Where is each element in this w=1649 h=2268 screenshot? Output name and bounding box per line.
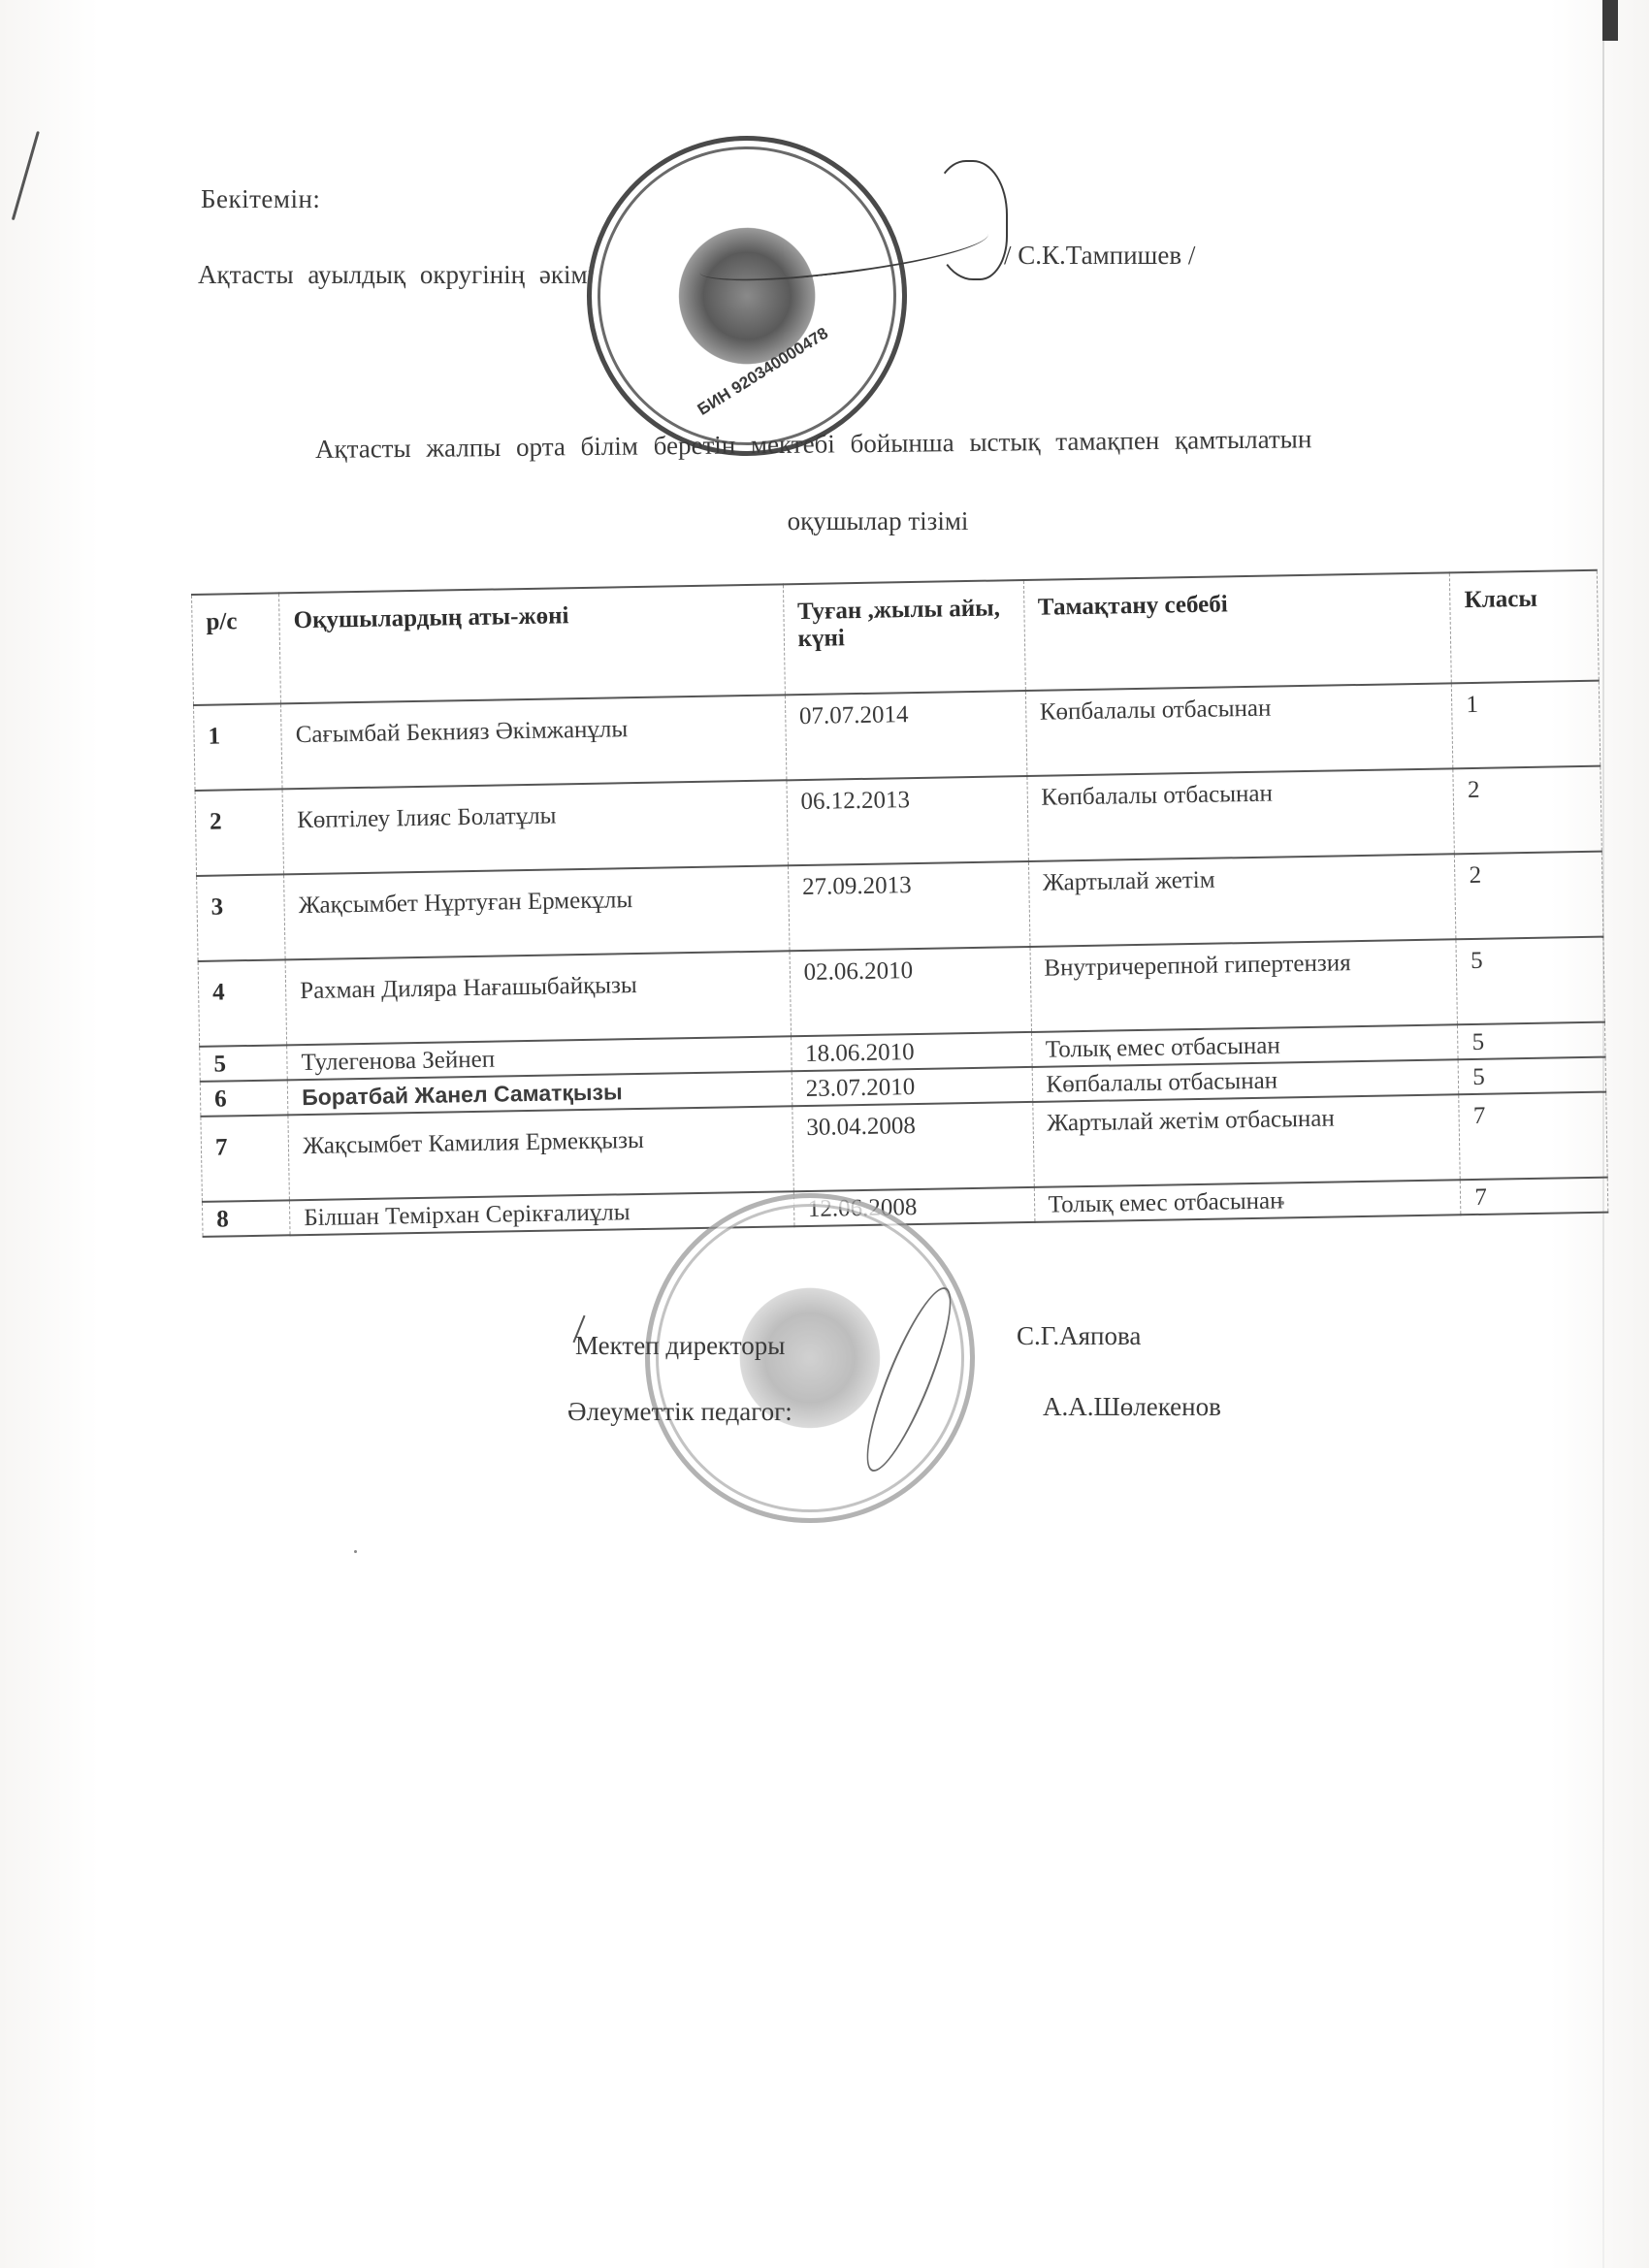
cell-num: 2 bbox=[195, 789, 284, 876]
cell-dob: 30.04.2008 bbox=[792, 1102, 1034, 1191]
cell-reason: Внутричерепной гипертензия bbox=[1030, 939, 1458, 1032]
cell-reason: Көпбалалы отбасынан bbox=[1026, 768, 1454, 861]
cell-grade: 7 bbox=[1461, 1178, 1608, 1215]
cell-num: 6 bbox=[200, 1080, 288, 1117]
approval-position: Ақтасты ауылдық округінің әкімі bbox=[198, 260, 595, 290]
header-num: р/с bbox=[192, 593, 281, 705]
cell-dob: 27.09.2013 bbox=[788, 861, 1029, 951]
header-dob: Туған ,жылы айы, күні bbox=[783, 580, 1025, 695]
cell-grade: 5 bbox=[1458, 1022, 1605, 1060]
scan-speck bbox=[1280, 1201, 1284, 1205]
social-pedagogue-label: Әлеуметтік педагог: bbox=[567, 1397, 792, 1427]
cell-grade: 5 bbox=[1456, 937, 1604, 1025]
cell-reason: Жартылай жетім отбасынан bbox=[1032, 1094, 1460, 1187]
cell-num: 3 bbox=[197, 874, 286, 961]
cell-dob: 23.07.2010 bbox=[792, 1067, 1032, 1106]
cell-dob: 02.06.2010 bbox=[790, 947, 1031, 1036]
cell-name: Жақсымбет Камилия Ермекқызы bbox=[288, 1106, 793, 1200]
students-table-container: р/с Оқушылардың аты-жөні Туған ,жылы айы… bbox=[191, 569, 1608, 1238]
cell-reason: Толық емес отбасынан bbox=[1034, 1180, 1461, 1222]
director-name: С.Г.Аяпова bbox=[1017, 1321, 1141, 1351]
cell-grade: 5 bbox=[1458, 1057, 1605, 1095]
cell-dob: 18.06.2010 bbox=[791, 1032, 1031, 1071]
cell-grade: 7 bbox=[1459, 1092, 1607, 1181]
cell-dob: 07.07.2014 bbox=[785, 691, 1026, 780]
cell-num: 7 bbox=[201, 1115, 290, 1202]
cell-name: Сағымбай Бекнияз Әкімжанұлы bbox=[281, 695, 787, 789]
cell-name: Рахман Диляра Нағашыбайқызы bbox=[285, 951, 791, 1045]
approval-name: / С.К.Тампишев / bbox=[1004, 241, 1195, 271]
cell-grade: 2 bbox=[1453, 766, 1601, 855]
cell-num: 5 bbox=[200, 1045, 288, 1082]
pen-mark bbox=[12, 131, 40, 220]
document-title: Ақтасты жалпы орта білім беретін мектебі… bbox=[315, 424, 1312, 465]
cell-dob: 06.12.2013 bbox=[787, 776, 1028, 865]
scan-speck bbox=[354, 1550, 357, 1553]
document-subtitle: оқушылар тізімі bbox=[0, 506, 1649, 536]
header-name: Оқушылардың аты-жөні bbox=[279, 584, 785, 703]
social-pedagogue-name: А.А.Шөлекенов bbox=[1043, 1392, 1221, 1422]
cell-num: 8 bbox=[202, 1200, 290, 1237]
cell-name: Жақсымбет Нұртуған Ермекұлы bbox=[284, 865, 790, 959]
cell-num: 4 bbox=[198, 959, 287, 1047]
approval-label: Бекітемін: bbox=[201, 184, 320, 214]
cell-grade: 2 bbox=[1455, 852, 1603, 940]
scan-edge-shadow bbox=[1602, 0, 1618, 41]
cell-name: Көптілеу Ілияс Болатұлы bbox=[282, 780, 788, 874]
signature-akim-loop bbox=[931, 160, 1008, 280]
cell-reason: Көпбалалы отбасынан bbox=[1025, 683, 1453, 776]
cell-num: 1 bbox=[194, 703, 283, 791]
cell-grade: 1 bbox=[1452, 681, 1600, 769]
header-grade: Класы bbox=[1450, 570, 1600, 684]
cell-reason: Жартылай жетім bbox=[1028, 854, 1456, 947]
header-reason: Тамақтану себебі bbox=[1023, 572, 1452, 691]
director-label: Мектеп директоры bbox=[575, 1331, 785, 1361]
students-table: р/с Оқушылардың аты-жөні Туған ,жылы айы… bbox=[191, 569, 1608, 1238]
